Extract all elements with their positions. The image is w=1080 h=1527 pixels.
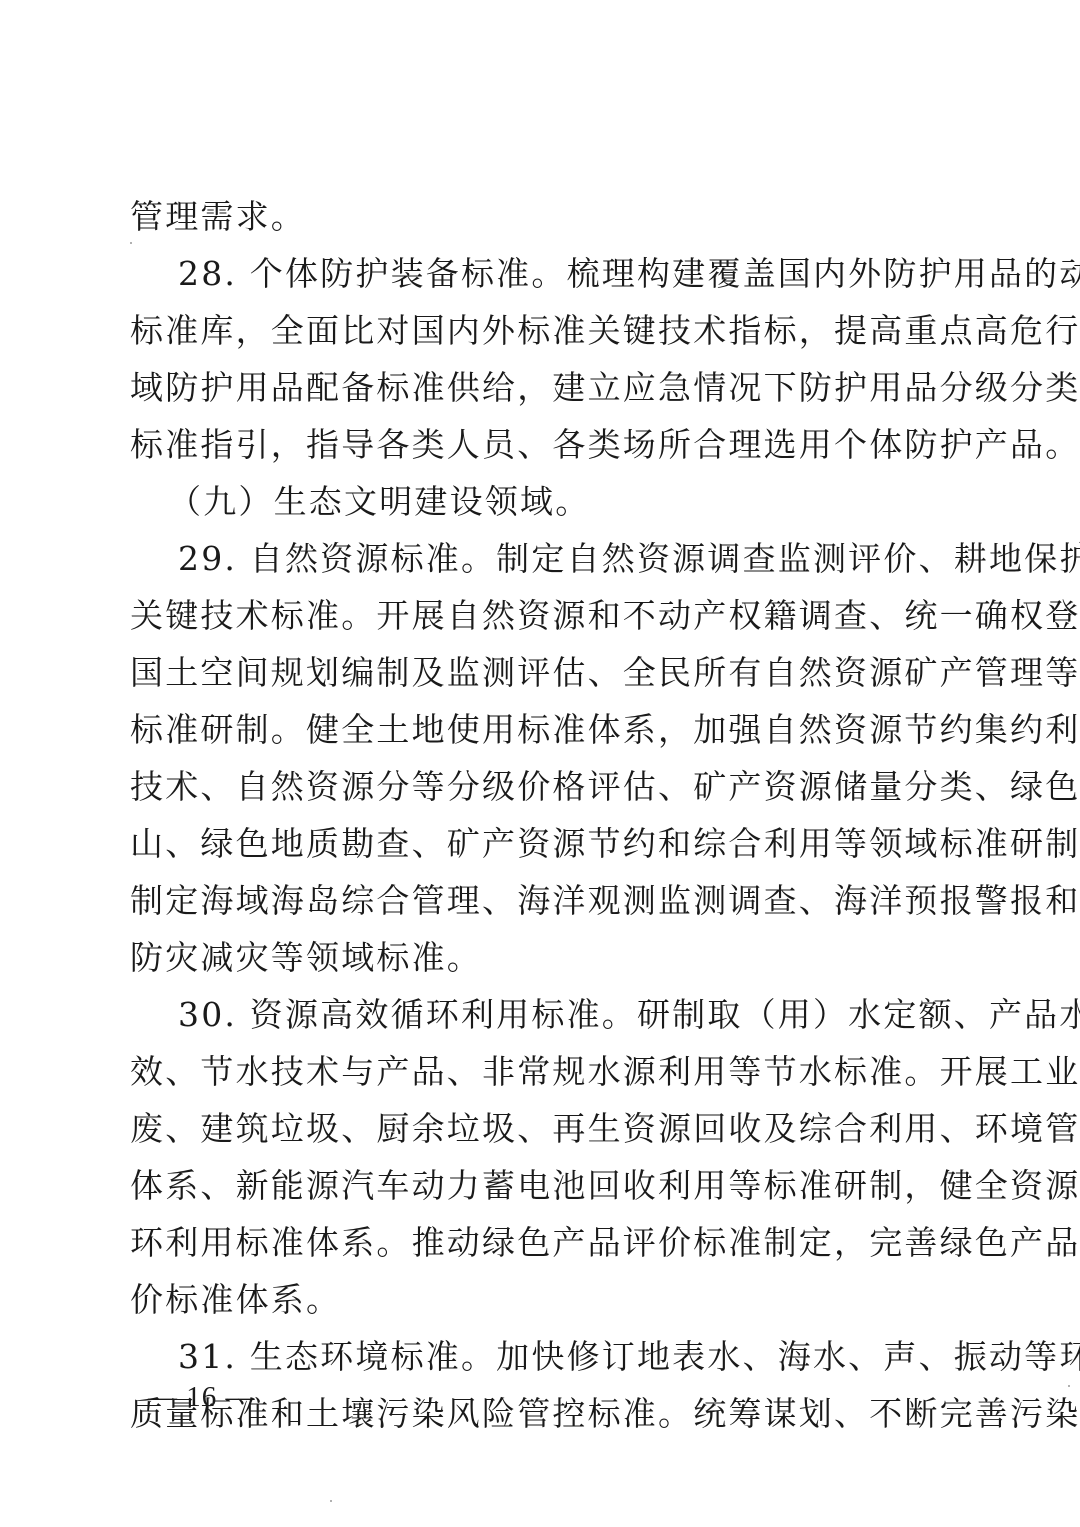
scan-speck [130,242,132,244]
item-29-line: 标准研制。健全土地使用标准体系，加强自然资源节约集约利用 [130,703,945,757]
item-29-line: 国土空间规划编制及监测评估、全民所有自然资源矿产管理等方面 [130,646,945,700]
item-28-line: 域防护用品配备标准供给，建立应急情况下防护用品分级分类使用 [130,361,945,415]
scan-speck [330,1500,332,1502]
page-number: — 16 — [148,1377,256,1417]
item-29-heading-line: 29. 自然资源标准。制定自然资源调查监测评价、耕地保护等 [178,532,945,586]
item-29-line: 技术、自然资源分等分级价格评估、矿产资源储量分类、绿色矿 [130,760,945,814]
item-30-line: 废、建筑垃圾、厨余垃圾、再生资源回收及综合利用、环境管理 [130,1102,945,1156]
item-29-line: 关键技术标准。开展自然资源和不动产权籍调查、统一确权登记、 [130,589,945,643]
item-31-heading-line: 31. 生态环境标准。加快修订地表水、海水、声、振动等环境 [178,1330,945,1384]
item-30-line: 体系、新能源汽车动力蓄电池回收利用等标准研制，健全资源循 [130,1159,945,1213]
item-30-line: 环利用标准体系。推动绿色产品评价标准制定，完善绿色产品评 [130,1216,945,1270]
item-30-heading-line: 30. 资源高效循环利用标准。研制取（用）水定额、产品水 [178,988,945,1042]
item-30-line: 价标准体系。 [130,1273,341,1327]
item-29-line: 山、绿色地质勘查、矿产资源节约和综合利用等领域标准研制。 [130,817,945,871]
item-28-line: 标准指引，指导各类人员、各类场所合理选用个体防护产品。 [130,418,1080,472]
item-28-heading-line: 28. 个体防护装备标准。梳理构建覆盖国内外防护用品的动态 [178,247,945,301]
item-30-line: 效、节水技术与产品、非常规水源利用等节水标准。开展工业固 [130,1045,945,1099]
item-29-line: 防灾减灾等领域标准。 [130,931,482,985]
paragraph-line-continuation: 管理需求。 [130,190,306,244]
item-29-line: 制定海域海岛综合管理、海洋观测监测调查、海洋预报警报和海洋 [130,874,945,928]
item-28-line: 标准库，全面比对国内外标准关键技术指标，提高重点高危行业领 [130,304,945,358]
section-9-heading: （九）生态文明建设领域。 [168,475,590,529]
scan-speck [1068,1385,1070,1387]
